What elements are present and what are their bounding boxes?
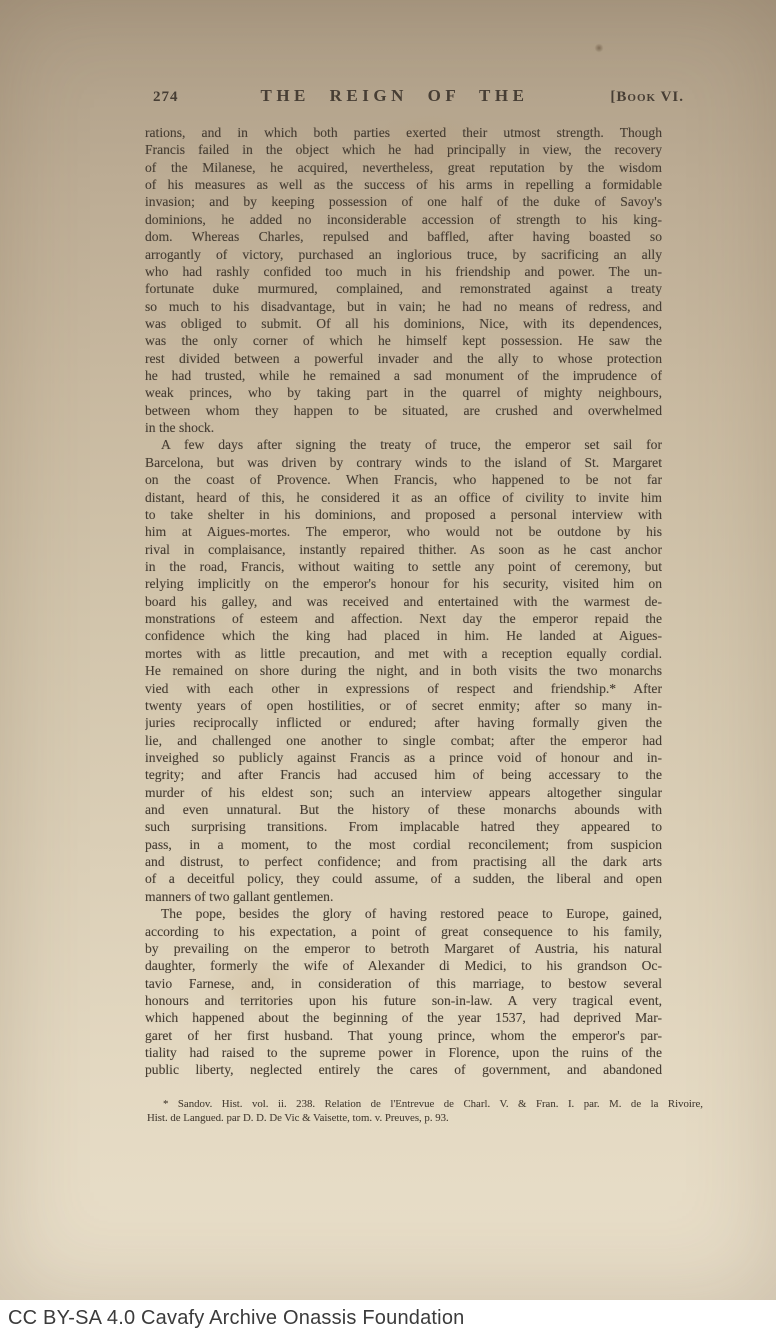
- text-line: twenty years of open hostilities, or of …: [145, 697, 662, 714]
- text-line: of the Milanese, he acquired, neverthele…: [145, 159, 662, 176]
- text-line: fortunate duke murmured, complained, and…: [145, 280, 662, 297]
- text-line: confidence which the king had placed in …: [145, 627, 662, 644]
- text-line: rest divided between a powerful invader …: [145, 350, 662, 367]
- text-line: juries reciprocally inflicted or endured…: [145, 714, 662, 731]
- text-line: He remained on shore during the night, a…: [145, 662, 662, 679]
- text-line: * Sandov. Hist. vol. ii. 238. Relation d…: [147, 1097, 703, 1111]
- text-line: so much to his disadvantage, but in vain…: [145, 298, 662, 315]
- text-line: dom. Whereas Charles, repulsed and baffl…: [145, 228, 662, 245]
- text-line: honours and territories upon his future …: [145, 992, 662, 1009]
- text-line: by prevailing on the emperor to betroth …: [145, 940, 662, 957]
- text-line: monstrations of esteem and affection. Ne…: [145, 610, 662, 627]
- text-line: board his galley, and was received and e…: [145, 593, 662, 610]
- license-text: CC BY-SA 4.0 Cavafy Archive Onassis Foun…: [0, 1307, 464, 1330]
- text-line: and even unnatural. But the history of t…: [145, 801, 662, 818]
- text-line: murder of his eldest son; such an interv…: [145, 784, 662, 801]
- text-line: was the only corner of which he himself …: [145, 332, 662, 349]
- text-line: and distrust, to perfect confidence; and…: [145, 853, 662, 870]
- text-line: vied with each other in expressions of r…: [145, 680, 662, 697]
- text-line: lie, and challenged one another to singl…: [145, 732, 662, 749]
- text-line: garet of her first husband. That young p…: [145, 1027, 662, 1044]
- text-line: tiality had raised to the supreme power …: [145, 1044, 662, 1061]
- text-line: daughter, formerly the wife of Alexander…: [145, 957, 662, 974]
- text-line: who had rashly confided too much in his …: [145, 263, 662, 280]
- text-line: of a deceitful policy, they could assume…: [145, 870, 662, 887]
- text-line: of his measures as well as the success o…: [145, 176, 662, 193]
- book-page-scan: 274 THE REIGN OF THE [Book VI. rations, …: [0, 0, 776, 1300]
- running-title: THE REIGN OF THE: [260, 86, 528, 106]
- text-line: in the road, Francis, without waiting to…: [145, 558, 662, 575]
- body-text: rations, and in which both parties exert…: [145, 124, 662, 1079]
- text-line: was obliged to submit. Of all his domini…: [145, 315, 662, 332]
- text-line: invasion; and by keeping possession of o…: [145, 193, 662, 210]
- text-line: weak princes, who by taking part in the …: [145, 384, 662, 401]
- text-line: distant, heard of this, he considered it…: [145, 489, 662, 506]
- text-line: to take shelter in his dominions, and pr…: [145, 506, 662, 523]
- text-line: on the coast of Provence. When Francis, …: [145, 471, 662, 488]
- text-line: rations, and in which both parties exert…: [145, 124, 662, 141]
- text-line: Francis failed in the object which he ha…: [145, 141, 662, 158]
- text-line: manners of two gallant gentlemen.: [145, 888, 662, 905]
- text-line: Barcelona, but was driven by contrary wi…: [145, 454, 662, 471]
- text-line: between whom they happen to be situated,…: [145, 402, 662, 419]
- page-header: 274 THE REIGN OF THE [Book VI.: [153, 86, 684, 106]
- text-line: rival in complaisance, instantly repaire…: [145, 541, 662, 558]
- license-bar: CC BY-SA 4.0 Cavafy Archive Onassis Foun…: [0, 1300, 776, 1337]
- text-line: he had trusted, while he remained a sad …: [145, 367, 662, 384]
- text-line: inveighed so publicly against Francis as…: [145, 749, 662, 766]
- text-line: public liberty, neglected entirely the c…: [145, 1061, 662, 1078]
- text-line: The pope, besides the glory of having re…: [145, 905, 662, 922]
- text-line: him at Aigues-mortes. The emperor, who w…: [145, 523, 662, 540]
- text-line: which happened about the beginning of th…: [145, 1009, 662, 1026]
- text-line: mortes with as little precaution, and me…: [145, 645, 662, 662]
- text-line: in the shock.: [145, 419, 662, 436]
- text-line: pass, in a moment, to the most cordial r…: [145, 836, 662, 853]
- text-line: A few days after signing the treaty of t…: [145, 436, 662, 453]
- text-line: relying implicitly on the emperor's hono…: [145, 575, 662, 592]
- footnote: * Sandov. Hist. vol. ii. 238. Relation d…: [147, 1097, 703, 1125]
- page-number: 274: [153, 89, 179, 106]
- text-line: arrogantly of victory, purchased an ingl…: [145, 246, 662, 263]
- text-line: tegrity; and after Francis had accused h…: [145, 766, 662, 783]
- text-line: dominions, he added no inconsiderable ac…: [145, 211, 662, 228]
- text-line: tavio Farnese, and, in consideration of …: [145, 975, 662, 992]
- text-line: Hist. de Langued. par D. D. De Vic & Vai…: [147, 1111, 703, 1125]
- text-line: according to his expectation, a point of…: [145, 923, 662, 940]
- text-line: such surprising transitions. From implac…: [145, 818, 662, 835]
- book-label: [Book VI.: [610, 89, 684, 106]
